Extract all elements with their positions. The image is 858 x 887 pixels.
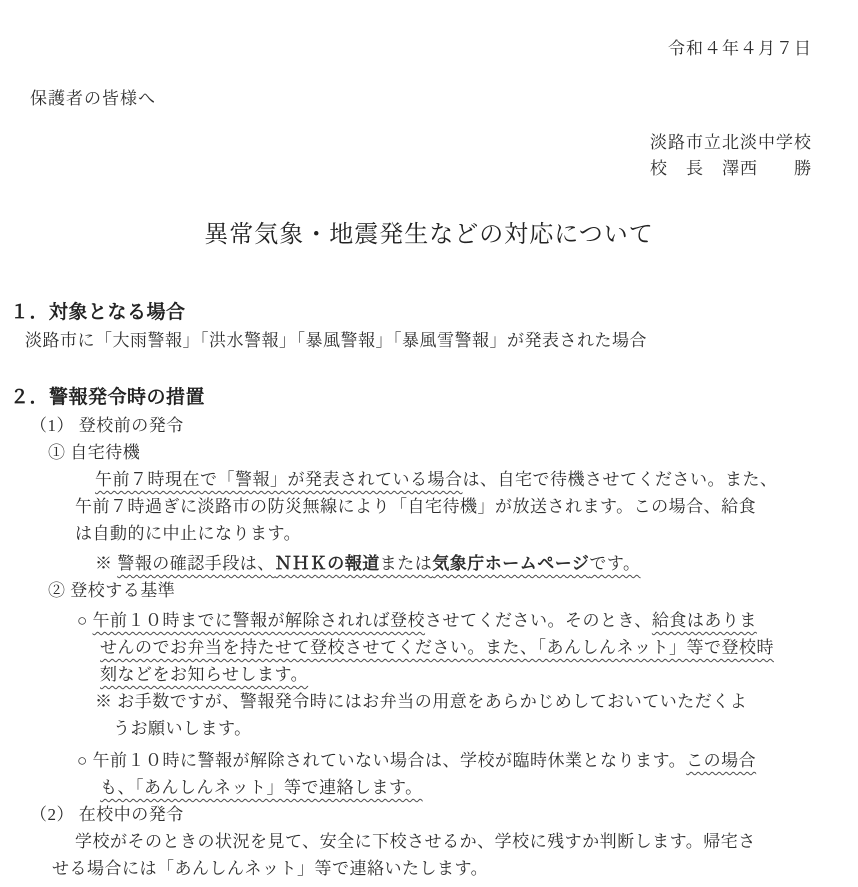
paragraph-line: 午前７時過ぎに淡路市の防災無線により「自宅待機」が放送されます。この場合、給食 — [0, 493, 858, 520]
text-segment: も、「あんしんネット」等で連絡します。 — [100, 778, 423, 797]
note-line: ※ お手数ですが、警報発令時にはお弁当の用意をあらかじめしておいていただくよ — [0, 688, 858, 715]
text-segment: １．対象となる場合 — [10, 302, 186, 323]
text-segment: せる場合には「あんしんネット」等で連絡いたします。 — [52, 859, 488, 878]
note-line: うお願いします。 — [0, 715, 858, 742]
bullet-line: 刻などをお知らせします。 — [0, 661, 858, 688]
text-segment: うお願いします。 — [113, 719, 252, 738]
subitem-2-heading: ② 登校する基準 — [0, 577, 858, 604]
text-segment: です。 — [589, 554, 640, 573]
subitem-1-heading: ① 自宅待機 — [0, 439, 858, 466]
text-segment: ※ — [95, 554, 117, 573]
letter-date: 令和４年４月７日 — [0, 38, 858, 60]
principal-name: 校 長 澤西 勝 — [0, 156, 812, 182]
text-segment: ○ 午前１０時に警報が解除されていない場合は、学校が臨時休業となります。 — [77, 751, 686, 770]
text-segment: せんのでお弁当を持たせて登校させてください。また、「あんしんネット」等で登校時 — [100, 638, 774, 657]
paragraph-line: せる場合には「あんしんネット」等で連絡いたします。 — [0, 855, 858, 882]
text-segment: は、自宅で待機させてください。また、 — [463, 470, 778, 489]
text-segment: ① 自宅待機 — [48, 443, 140, 462]
bullet-line: も、「あんしんネット」等で連絡します。 — [0, 774, 858, 801]
text-segment: この場合 — [686, 751, 756, 770]
section-1-body: 淡路市に「大雨警報」「洪水警報」「暴風警報」「暴風雪警報」が発表された場合 — [0, 327, 858, 354]
item-1-heading: （1） 登校前の発令 — [0, 412, 858, 439]
text-segment: 気象庁ホームページ — [432, 554, 589, 573]
school-name: 淡路市立北淡中学校 — [0, 130, 812, 156]
text-segment: は自動的に中止になります。 — [75, 524, 301, 543]
text-segment: 給食はありま — [652, 611, 757, 630]
text-segment: させてください。そのとき、 — [425, 611, 652, 630]
text-segment: 午前７時過ぎに淡路市の防災無線により「自宅待機」が放送されます。この場合、給食 — [75, 497, 756, 516]
text-segment: 午前７時現在で「警報」が発表されている場合 — [95, 470, 463, 489]
text-segment: 刻などをお知らせします。 — [100, 665, 308, 684]
paragraph-line: 午前７時現在で「警報」が発表されている場合は、自宅で待機させてください。また、 — [0, 466, 858, 493]
text-segment: 学校がそのときの状況を見て、安全に下校させるか、学校に残すか判断します。帰宅さ — [75, 832, 756, 851]
text-segment: ＮＨＫの報道 — [275, 554, 380, 573]
document-page: 令和４年４月７日 保護者の皆様へ 淡路市立北淡中学校 校 長 澤西 勝 異常気象… — [0, 0, 858, 887]
text-segment: ○ — [77, 611, 93, 630]
paragraph-line: は自動的に中止になります。 — [0, 520, 858, 547]
text-segment: （2） 在校中の発令 — [30, 805, 184, 824]
text-segment: （1） 登校前の発令 — [30, 416, 184, 435]
text-segment: 午前１０時までに警報が解除されれば登校 — [93, 611, 426, 630]
bullet-line: ○ 午前１０時に警報が解除されていない場合は、学校が臨時休業となります。この場合 — [0, 747, 858, 774]
salutation: 保護者の皆様へ — [0, 88, 858, 110]
note-line: ※ 警報の確認手段は、ＮＨＫの報道または気象庁ホームページです。 — [0, 550, 858, 577]
bullet-line: せんのでお弁当を持たせて登校させてください。また、「あんしんネット」等で登校時 — [0, 634, 858, 661]
document-title: 異常気象・地震発生などの対応について — [0, 218, 858, 252]
text-segment: ※ お手数ですが、警報発令時にはお弁当の用意をあらかじめしておいていただくよ — [95, 692, 747, 711]
text-segment: 淡路市に「大雨警報」「洪水警報」「暴風警報」「暴風雪警報」が発表された場合 — [25, 331, 647, 350]
item-2-heading: （2） 在校中の発令 — [0, 801, 858, 828]
section-2-heading: ２．警報発令時の措置 — [0, 383, 858, 412]
section-1-heading: １．対象となる場合 — [0, 298, 858, 327]
text-segment: ② 登校する基準 — [48, 581, 175, 600]
text-segment: または — [380, 554, 433, 573]
paragraph-line: 学校がそのときの状況を見て、安全に下校させるか、学校に残すか判断します。帰宅さ — [0, 828, 858, 855]
text-segment: 警報の確認手段は、 — [117, 554, 275, 573]
sender-block: 淡路市立北淡中学校 校 長 澤西 勝 — [0, 130, 858, 182]
text-segment: ２．警報発令時の措置 — [10, 387, 205, 408]
bullet-line: ○ 午前１０時までに警報が解除されれば登校させてください。そのとき、給食はありま — [0, 607, 858, 634]
document-body: １．対象となる場合淡路市に「大雨警報」「洪水警報」「暴風警報」「暴風雪警報」が発… — [0, 298, 858, 882]
